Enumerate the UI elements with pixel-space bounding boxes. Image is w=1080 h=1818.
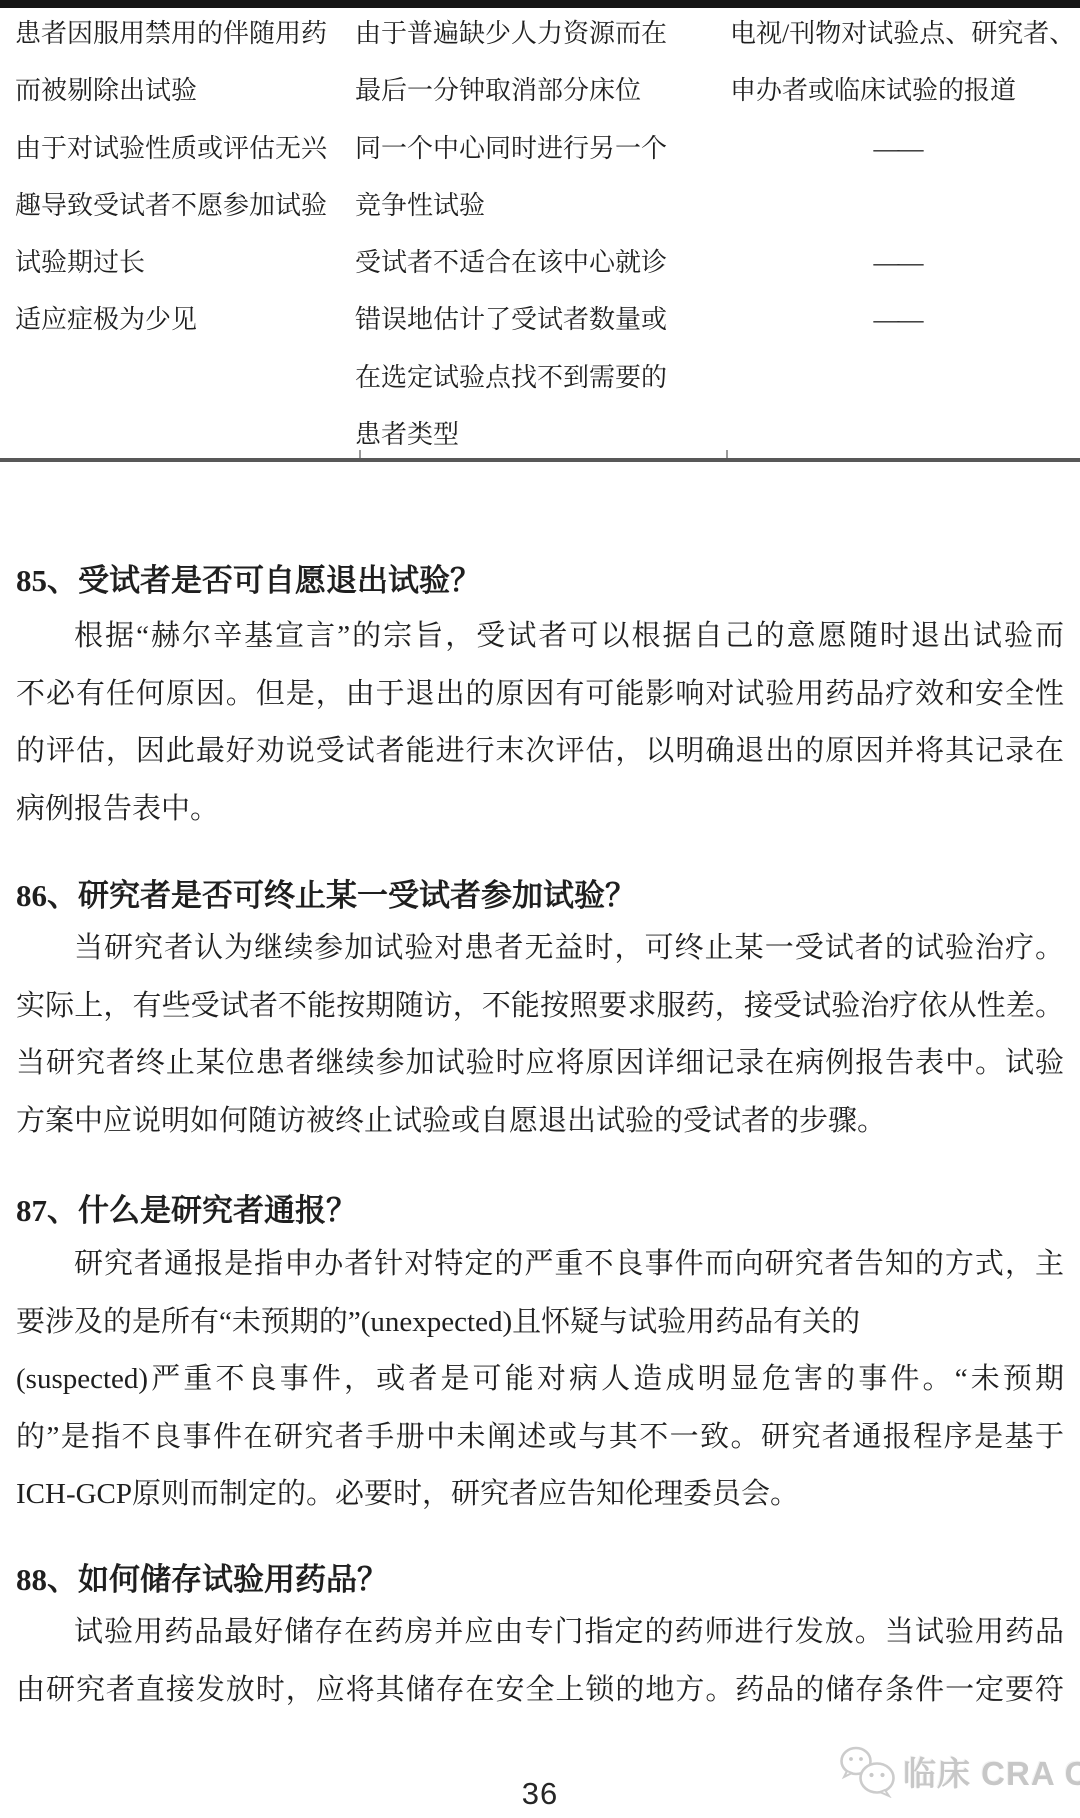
table-cell-empty-dash: ——: [730, 120, 1065, 177]
answer-88-paragraph: 试验用药品最好储存在药房并应由专门指定的药师进行发放。当试验用药品 由研究者直接…: [16, 1604, 1064, 1719]
table-cell: 同一个中心同时进行另一个: [355, 120, 727, 177]
table-cell: [730, 177, 1065, 234]
table-cell: 试验期过长: [15, 234, 353, 291]
table-cell: 申办者或临床试验的报道: [730, 62, 1065, 119]
answer-87-paragraph: 研究者通报是指申办者针对特定的严重不良事件而向研究者告知的方式，主 要涉及的是所…: [16, 1236, 1064, 1524]
paragraph-line: 由研究者直接发放时，应将其储存在安全上锁的地方。药品的储存条件一定要符: [16, 1662, 1064, 1720]
paragraph-line: 研究者通报是指申办者针对特定的严重不良事件而向研究者告知的方式，主: [16, 1236, 1064, 1294]
paragraph-line: (suspected)严重不良事件，或者是可能对病人造成明显危害的事件。“未预期: [16, 1351, 1064, 1409]
table-column-3: 电视/刊物对试验点、研究者、 申办者或临床试验的报道 —— —— ——: [730, 5, 1065, 349]
paragraph-line: 实际上，有些受试者不能按期随访，不能按照要求服药，接受试验治疗依从性差。: [16, 978, 1064, 1036]
table-cell: 电视/刊物对试验点、研究者、: [730, 5, 1065, 62]
paragraph-line: 要涉及的是所有“未预期的”(unexpected)且怀疑与试验用药品有关的: [16, 1294, 1064, 1352]
question-87-heading: 87、什么是研究者通报？: [16, 1182, 1064, 1240]
table-column-2: 由于普遍缺少人力资源而在 最后一分钟取消部分床位 同一个中心同时进行另一个 竞争…: [355, 5, 727, 463]
table-cell: 由于普遍缺少人力资源而在: [355, 5, 727, 62]
paragraph-line: 不必有任何原因。但是，由于退出的原因有可能影响对试验用药品疗效和安全性: [16, 666, 1064, 724]
table-cell: 适应症极为少见: [15, 291, 353, 348]
question-88-heading: 88、如何储存试验用药品？: [16, 1551, 1064, 1609]
table-cell: 错误地估计了受试者数量或: [355, 291, 727, 348]
table-cell: 在选定试验点找不到需要的: [355, 349, 727, 406]
table-cell-empty-dash: ——: [730, 234, 1065, 291]
paragraph-line: 根据“赫尔辛基宣言”的宗旨，受试者可以根据自己的意愿随时退出试验而: [16, 608, 1064, 666]
question-85-heading: 85、受试者是否可自愿退出试验？: [16, 552, 1064, 610]
table-cell: 患者类型: [355, 406, 727, 463]
table-column-1: 患者因服用禁用的伴随用药 而被剔除出试验 由于对试验性质或评估无兴 趣导致受试者…: [15, 5, 353, 349]
paragraph-line: 方案中应说明如何随访被终止试验或自愿退出试验的受试者的步骤。: [16, 1093, 1064, 1151]
question-86-heading: 86、研究者是否可终止某一受试者参加试验？: [16, 867, 1064, 925]
table-cell: 趣导致受试者不愿参加试验: [15, 177, 353, 234]
paragraph-line: 的”是指不良事件在研究者手册中未阐述或与其不一致。研究者通报程序是基于: [16, 1409, 1064, 1467]
answer-86-paragraph: 当研究者认为继续参加试验对患者无益时，可终止某一受试者的试验治疗。 实际上，有些…: [16, 920, 1064, 1150]
table-cell: 患者因服用禁用的伴随用药: [15, 5, 353, 62]
table-cell: 由于对试验性质或评估无兴: [15, 120, 353, 177]
table-cell: 竞争性试验: [355, 177, 727, 234]
paragraph-line: 病例报告表中。: [16, 781, 1064, 839]
paragraph-line: ICH-GCP原则而制定的。必要时，研究者应告知伦理委员会。: [16, 1466, 1064, 1524]
page-number: 36: [0, 1776, 1080, 1812]
paragraph-line: 试验用药品最好储存在药房并应由专门指定的药师进行发放。当试验用药品: [16, 1604, 1064, 1662]
answer-85-paragraph: 根据“赫尔辛基宣言”的宗旨，受试者可以根据自己的意愿随时退出试验而 不必有任何原…: [16, 608, 1064, 838]
table-cell-empty-dash: ——: [730, 291, 1065, 348]
table-cell: 而被剔除出试验: [15, 62, 353, 119]
paragraph-line: 当研究者终止某位患者继续参加试验时应将原因详细记录在病例报告表中。试验: [16, 1035, 1064, 1093]
recruitment-problems-table: 患者因服用禁用的伴随用药 而被剔除出试验 由于对试验性质或评估无兴 趣导致受试者…: [0, 5, 1080, 457]
document-page: 患者因服用禁用的伴随用药 而被剔除出试验 由于对试验性质或评估无兴 趣导致受试者…: [0, 0, 1080, 1818]
paragraph-line: 当研究者认为继续参加试验对患者无益时，可终止某一受试者的试验治疗。: [16, 920, 1064, 978]
table-cell: 最后一分钟取消部分床位: [355, 62, 727, 119]
table-cell: 受试者不适合在该中心就诊: [355, 234, 727, 291]
table-bottom-rule: [0, 458, 1080, 462]
paragraph-line: 的评估，因此最好劝说受试者能进行末次评估，以明确退出的原因并将其记录在: [16, 723, 1064, 781]
